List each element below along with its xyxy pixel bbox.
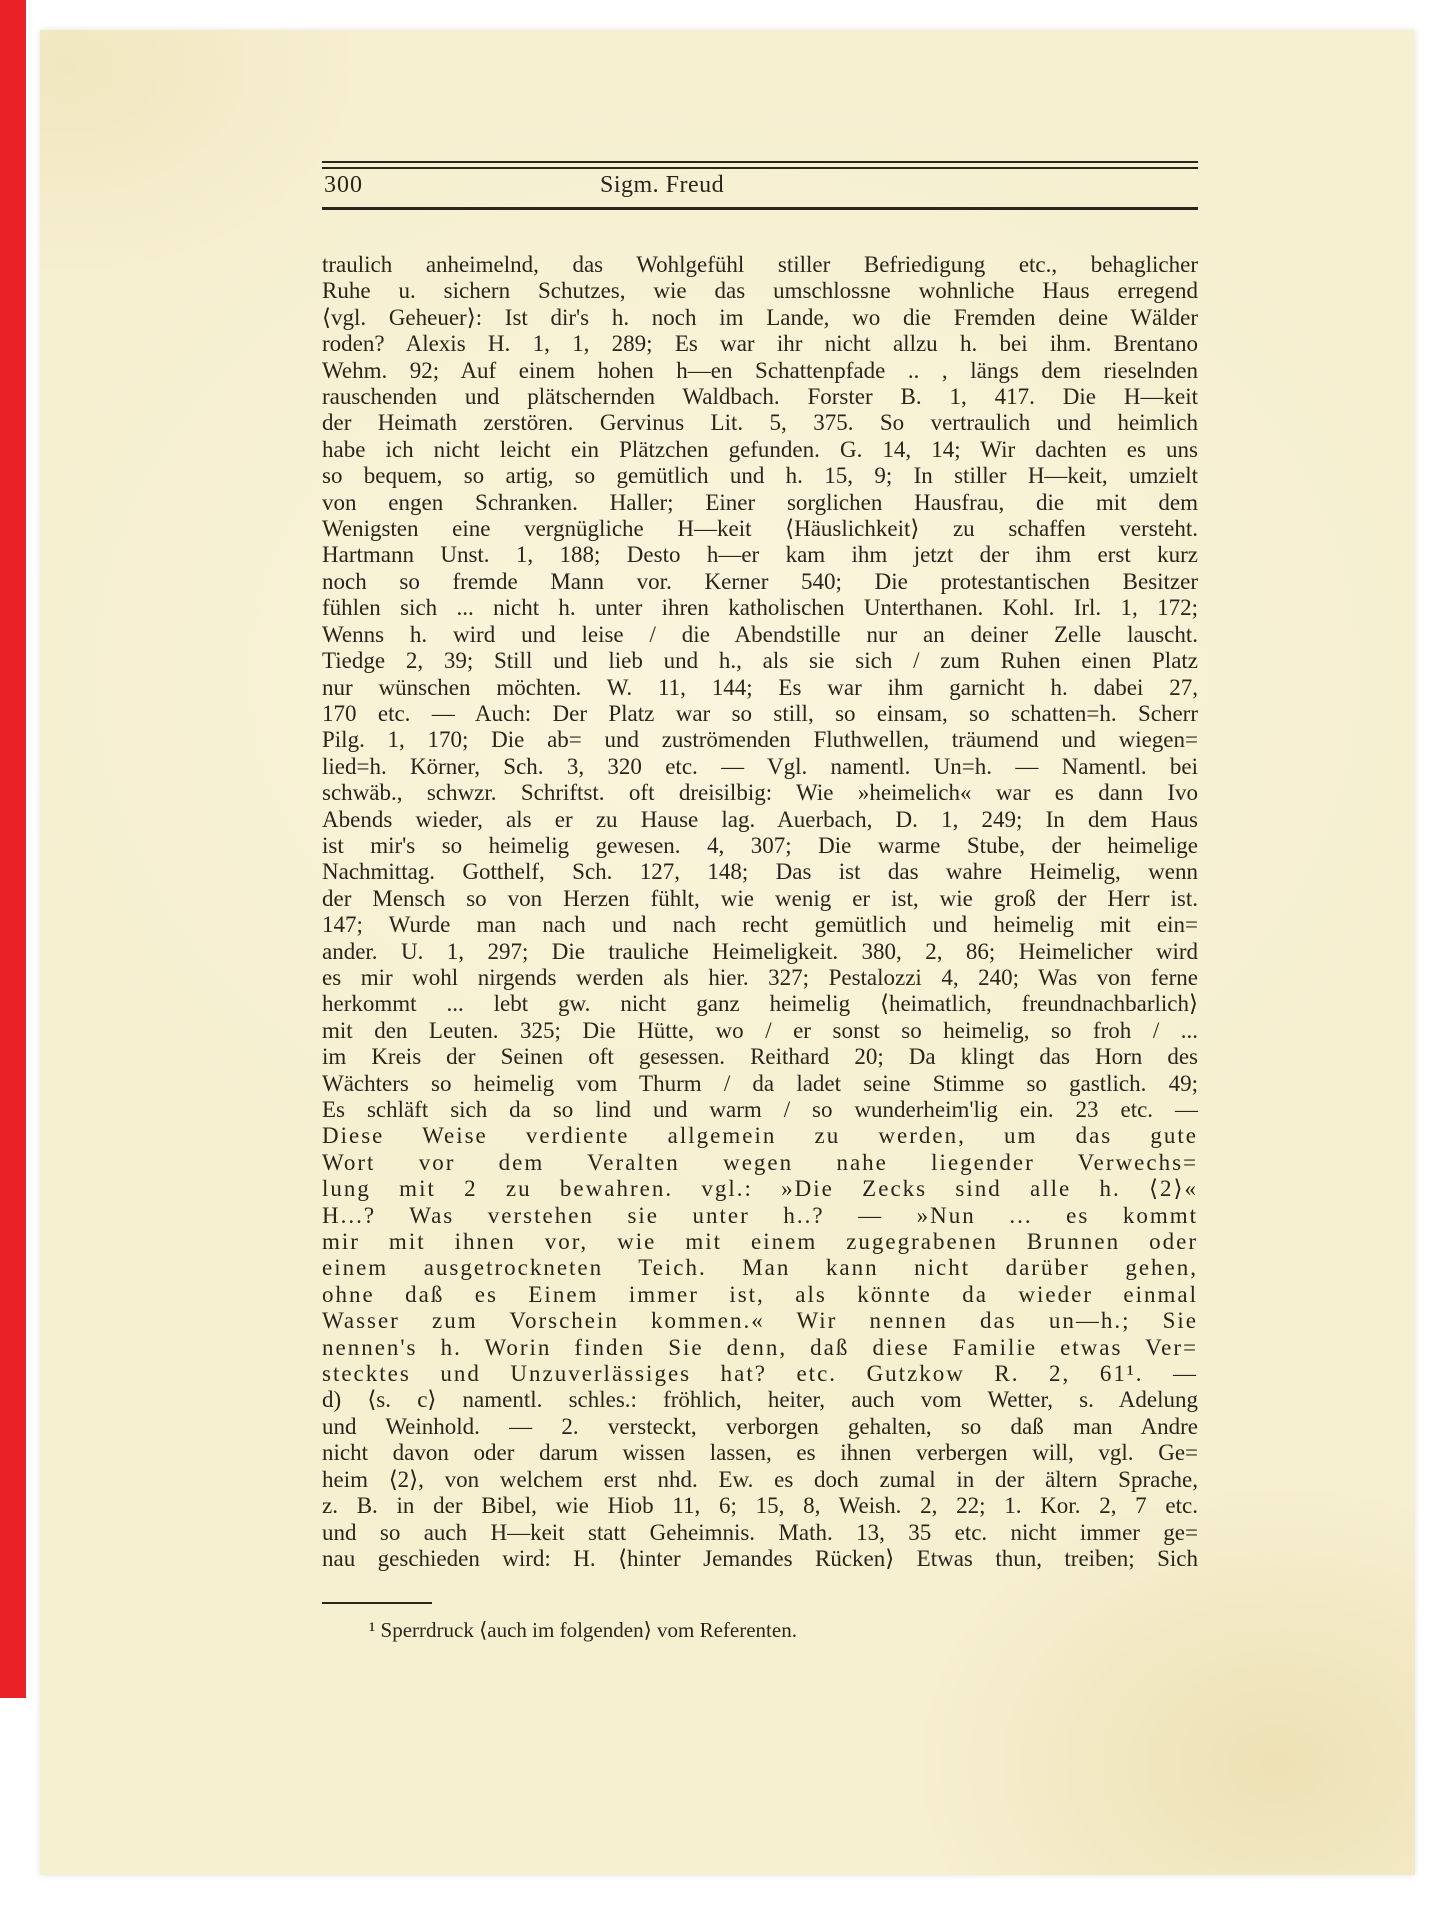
header-top-rule-lower <box>322 167 1198 169</box>
header-bottom-rule <box>322 207 1198 210</box>
header-top-rule-upper <box>322 161 1198 163</box>
text-line: ohne daß es Einem immer ist, als könnte … <box>322 1282 1198 1308</box>
text-line: im Kreis der Seinen oft gesessen. Reitha… <box>322 1044 1198 1070</box>
text-line: ⟨vgl. Geheuer⟩: Ist dir's h. noch im Lan… <box>322 305 1198 331</box>
text-line: Wenigsten eine vergnügliche H—keit ⟨Häus… <box>322 516 1198 542</box>
text-line: es mir wohl nirgends werden als hier. 32… <box>322 965 1198 991</box>
text-line: und Weinhold. — 2. versteckt, verborgen … <box>322 1414 1198 1440</box>
text-line: rauschenden und plätschernden Waldbach. … <box>322 384 1198 410</box>
body-text: traulich anheimelnd, das Wohlgefühl stil… <box>322 252 1198 1572</box>
book-page: 300 Sigm. Freud traulich anheimelnd, das… <box>40 30 1415 1875</box>
text-line: Nachmittag. Gotthelf, Sch. 127, 148; Das… <box>322 859 1198 885</box>
text-line: roden? Alexis H. 1, 1, 289; Es war ihr n… <box>322 331 1198 357</box>
scanner-edge-strip <box>0 0 26 1698</box>
text-line: von engen Schranken. Haller; Einer sorgl… <box>322 490 1198 516</box>
text-line: nicht davon oder darum wissen lassen, es… <box>322 1440 1198 1466</box>
text-line: lied=h. Körner, Sch. 3, 320 etc. — Vgl. … <box>322 754 1198 780</box>
text-line: Diese Weise verdiente allgemein zu werde… <box>322 1123 1198 1149</box>
text-line: herkommt ... lebt gw. nicht ganz heimeli… <box>322 991 1198 1017</box>
running-head: Sigm. Freud <box>600 172 724 199</box>
text-line: einem ausgetrockneten Teich. Man kann ni… <box>322 1255 1198 1281</box>
text-line: Hartmann Unst. 1, 188; Desto h—er kam ih… <box>322 542 1198 568</box>
text-line: Es schläft sich da so lind und warm / so… <box>322 1097 1198 1123</box>
text-line: und so auch H—keit statt Geheimnis. Math… <box>322 1520 1198 1546</box>
text-line: Wasser zum Vorschein kommen.« Wir nennen… <box>322 1308 1198 1334</box>
text-line: Wehm. 92; Auf einem hohen h—en Schattenp… <box>322 358 1198 384</box>
text-line: Wenns h. wird und leise / die Abendstill… <box>322 622 1198 648</box>
text-line: lung mit 2 zu bewahren. vgl.: »Die Zecks… <box>322 1176 1198 1202</box>
text-line: der Heimath zerstören. Gervinus Lit. 5, … <box>322 410 1198 436</box>
text-line: nau geschieden wird: H. ⟨hinter Jemandes… <box>322 1546 1198 1572</box>
text-line: d) ⟨s. c⟩ namentl. schles.: fröhlich, he… <box>322 1387 1198 1413</box>
footnote-rule <box>322 1602 432 1604</box>
text-line: Wächters so heimelig vom Thurm / da lade… <box>322 1071 1198 1097</box>
text-line: heim ⟨2⟩, von welchem erst nhd. Ew. es d… <box>322 1467 1198 1493</box>
text-line: der Mensch so von Herzen fühlt, wie weni… <box>322 886 1198 912</box>
text-line: Tiedge 2, 39; Still und lieb und h., als… <box>322 648 1198 674</box>
text-line: fühlen sich ... nicht h. unter ihren kat… <box>322 595 1198 621</box>
text-line: Ruhe u. sichern Schutzes, wie das umschl… <box>322 278 1198 304</box>
text-line: ist mir's so heimelig gewesen. 4, 307; D… <box>322 833 1198 859</box>
text-line: Abends wieder, als er zu Hause lag. Auer… <box>322 807 1198 833</box>
text-line: 170 etc. — Auch: Der Platz war so still,… <box>322 701 1198 727</box>
text-line: z. B. in der Bibel, wie Hiob 11, 6; 15, … <box>322 1493 1198 1519</box>
text-line: Pilg. 1, 170; Die ab= und zuströmenden F… <box>322 727 1198 753</box>
text-line: ander. U. 1, 297; Die trauliche Heimelig… <box>322 939 1198 965</box>
text-line: so bequem, so artig, so gemütlich und h.… <box>322 463 1198 489</box>
text-line: traulich anheimelnd, das Wohlgefühl stil… <box>322 252 1198 278</box>
text-line: noch so fremde Mann vor. Kerner 540; Die… <box>322 569 1198 595</box>
text-line: stecktes und Unzuverlässiges hat? etc. G… <box>322 1361 1198 1387</box>
text-line: H...? Was verstehen sie unter h..? — »Nu… <box>322 1203 1198 1229</box>
text-line: schwäb., schwzr. Schriftst. oft dreisilb… <box>322 780 1198 806</box>
text-line: mir mit ihnen vor, wie mit einem zugegra… <box>322 1229 1198 1255</box>
text-line: habe ich nicht leicht ein Plätzchen gefu… <box>322 437 1198 463</box>
footnote: ¹ Sperrdruck ⟨auch im folgenden⟩ vom Ref… <box>369 1618 1199 1643</box>
text-line: Wort vor dem Veralten wegen nahe liegend… <box>322 1150 1198 1176</box>
text-line: mit den Leuten. 325; Die Hütte, wo / er … <box>322 1018 1198 1044</box>
text-line: 147; Wurde man nach und nach recht gemüt… <box>322 912 1198 938</box>
text-line: nur wünschen möchten. W. 11, 144; Es war… <box>322 675 1198 701</box>
text-line: nennen's h. Worin finden Sie denn, daß d… <box>322 1335 1198 1361</box>
page-number: 300 <box>324 172 363 199</box>
